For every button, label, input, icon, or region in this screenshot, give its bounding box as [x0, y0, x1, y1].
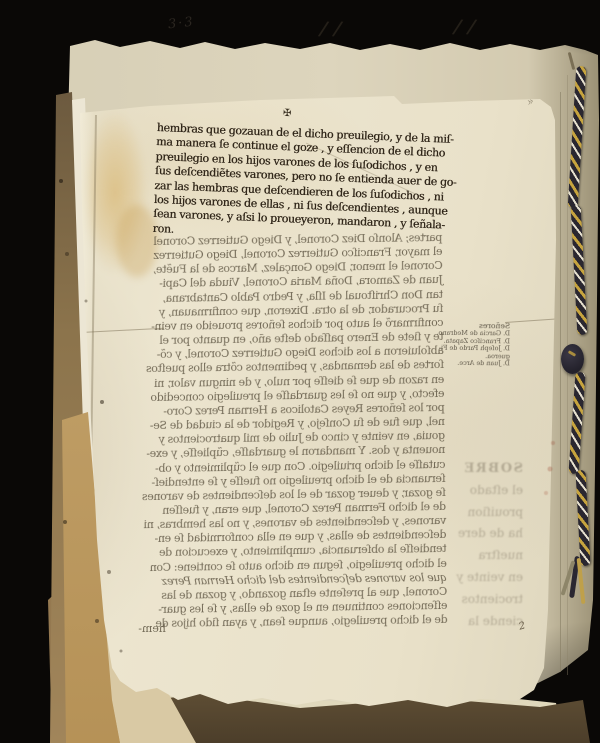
faint-line: ciende la — [415, 611, 523, 633]
margin-note-line: D. Juan de Arce. — [428, 360, 510, 368]
tally-marks: // — [320, 20, 341, 39]
margin-note-showthrough: SeñoresD. Garcia de Medrano.D. Franciſco… — [428, 322, 510, 368]
faint-line: prouiſion — [415, 502, 523, 524]
faint-line: en veinte y — [415, 567, 523, 589]
faint-line: nueſtra — [415, 545, 523, 567]
faint-line: ha de dere — [415, 523, 523, 545]
cross-ornament-icon: ✠ — [283, 108, 292, 119]
tally-slash-mark: / — [333, 20, 342, 40]
catchword-text: hem- — [138, 622, 166, 635]
tally-slash-mark: / — [467, 18, 476, 38]
book-scan-photo: ✠ hembras que gozauan de el dicho preuil… — [0, 0, 600, 743]
ink-specks — [0, 0, 2, 2]
verso-showthrough-text: partes; Alonſo Diez Coronel, y Diego Gut… — [145, 231, 448, 631]
sheet-edge-line — [560, 92, 561, 672]
showthrough-line: de el dicho preuilegio, aunque ſean, y a… — [151, 613, 448, 631]
tally-slash-mark: / — [453, 18, 462, 38]
main-paragraph: hembras que gozauan de el dicho preuileg… — [152, 121, 451, 248]
faint-line: trocientos — [415, 589, 523, 611]
catchword-showthrough: hem- — [110, 622, 166, 635]
tally-marks: // — [454, 18, 475, 37]
faint-line: SOBRE — [415, 458, 523, 480]
handwritten-numerals: 3·3 — [167, 15, 195, 33]
cord-knot — [561, 344, 584, 374]
faint-line: el eſtado — [415, 480, 523, 502]
tally-slash-mark: / — [319, 20, 328, 40]
faint-title-showthrough: SOBREel eſtadoprouiſionha de derenueſtra… — [415, 458, 523, 632]
